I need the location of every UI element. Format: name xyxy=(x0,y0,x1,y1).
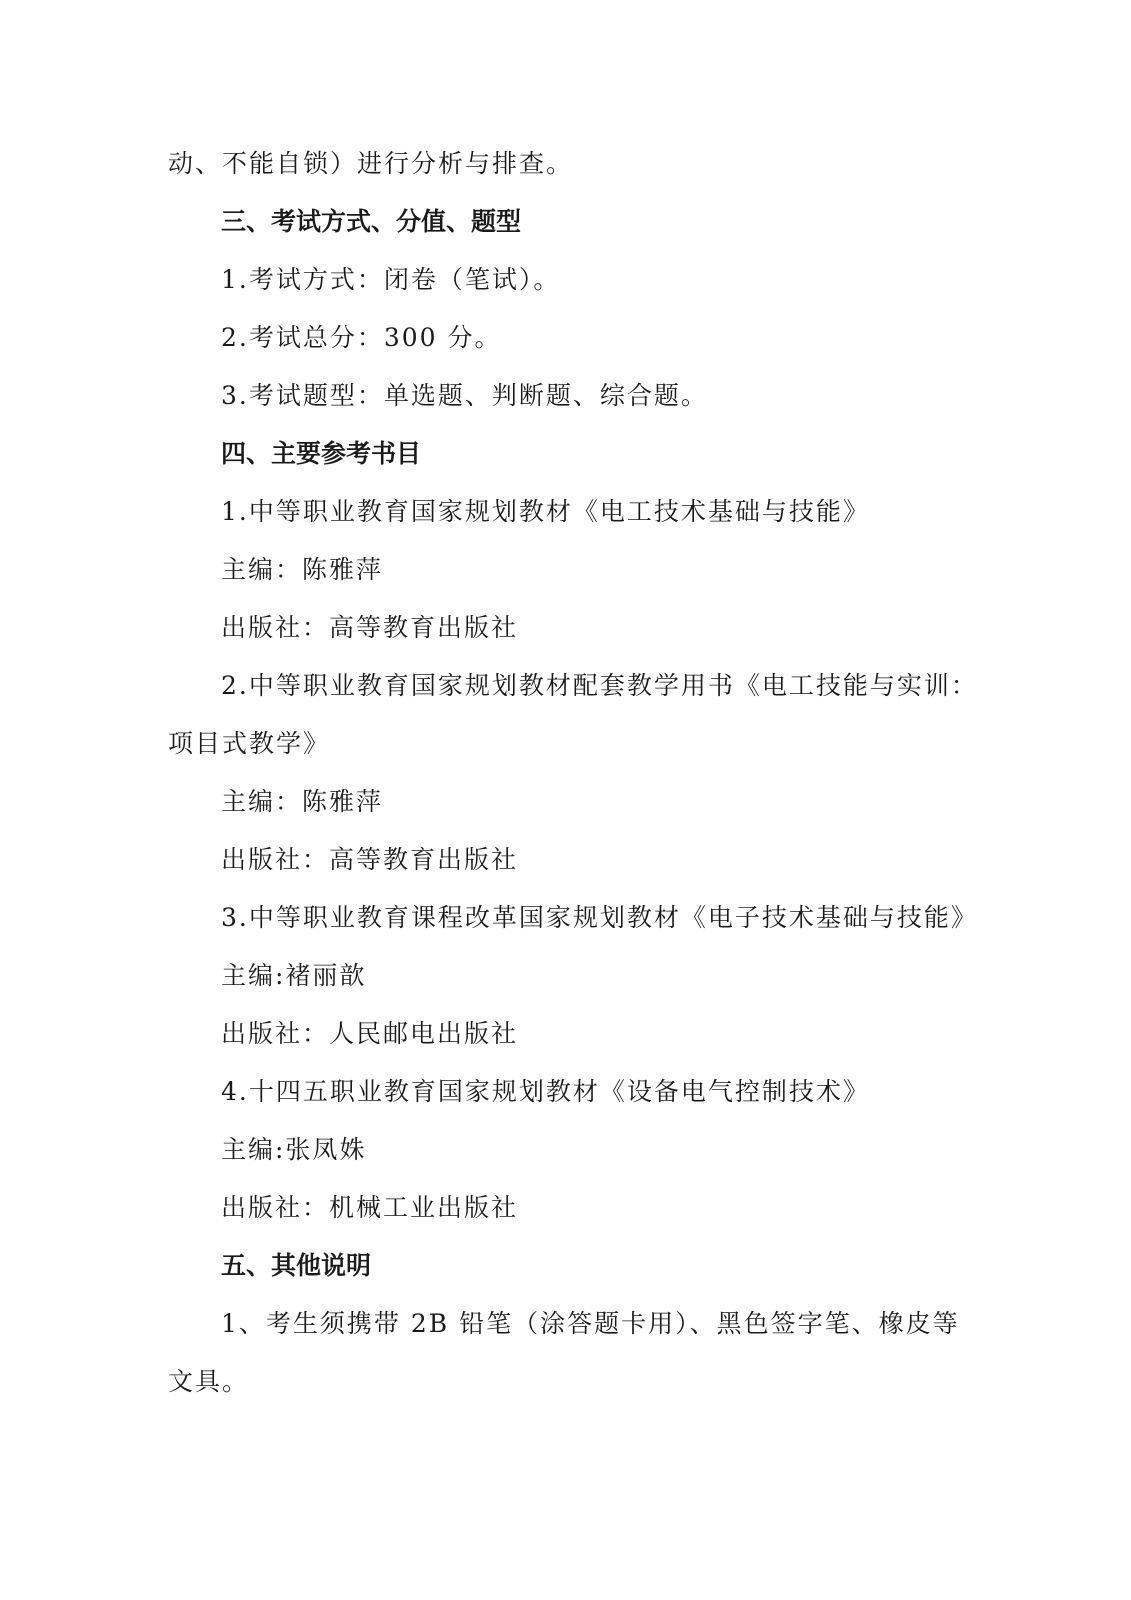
reference-1-publisher: 出版社：高等教育出版社 xyxy=(221,613,1011,643)
reference-2-title-continuation: 项目式教学》 xyxy=(168,729,958,759)
reference-1-editor: 主编：陈雅萍 xyxy=(221,555,1011,585)
reference-3-title: 3.中等职业教育课程改革国家规划教材《电子技术基础与技能》 xyxy=(221,903,1011,933)
section-heading-references: 四、主要参考书目 xyxy=(221,439,1011,469)
reference-2-editor: 主编：陈雅萍 xyxy=(221,787,1011,817)
reference-1-title: 1.中等职业教育国家规划教材《电工技术基础与技能》 xyxy=(221,497,1011,527)
continuation-line: 动、不能自锁）进行分析与排查。 xyxy=(168,149,958,179)
paragraph-question-types: 3.考试题型：单选题、判断题、综合题。 xyxy=(221,381,1011,411)
section-heading-exam-format: 三、考试方式、分值、题型 xyxy=(221,207,1011,237)
paragraph-exam-method: 1.考试方式：闭卷（笔试）。 xyxy=(221,265,1011,295)
section-heading-other-notes: 五、其他说明 xyxy=(221,1251,1011,1281)
reference-2-publisher: 出版社：高等教育出版社 xyxy=(221,845,1011,875)
document-page: 动、不能自锁）进行分析与排查。 三、考试方式、分值、题型 1.考试方式：闭卷（笔… xyxy=(0,0,1131,1600)
note-1: 1、考生须携带 2B 铅笔（涂答题卡用）、黑色签字笔、橡皮等 xyxy=(221,1309,1011,1339)
reference-4-title: 4.十四五职业教育国家规划教材《设备电气控制技术》 xyxy=(221,1077,1011,1107)
note-1-continuation: 文具。 xyxy=(168,1367,958,1397)
reference-4-editor: 主编:张凤姝 xyxy=(221,1135,1011,1165)
reference-3-editor: 主编:褚丽歆 xyxy=(221,961,1011,991)
paragraph-total-score: 2.考试总分：300 分。 xyxy=(221,323,1011,353)
reference-2-title: 2.中等职业教育国家规划教材配套教学用书《电工技能与实训： xyxy=(221,671,1011,701)
reference-4-publisher: 出版社：机械工业出版社 xyxy=(221,1193,1011,1223)
reference-3-publisher: 出版社：人民邮电出版社 xyxy=(221,1019,1011,1049)
